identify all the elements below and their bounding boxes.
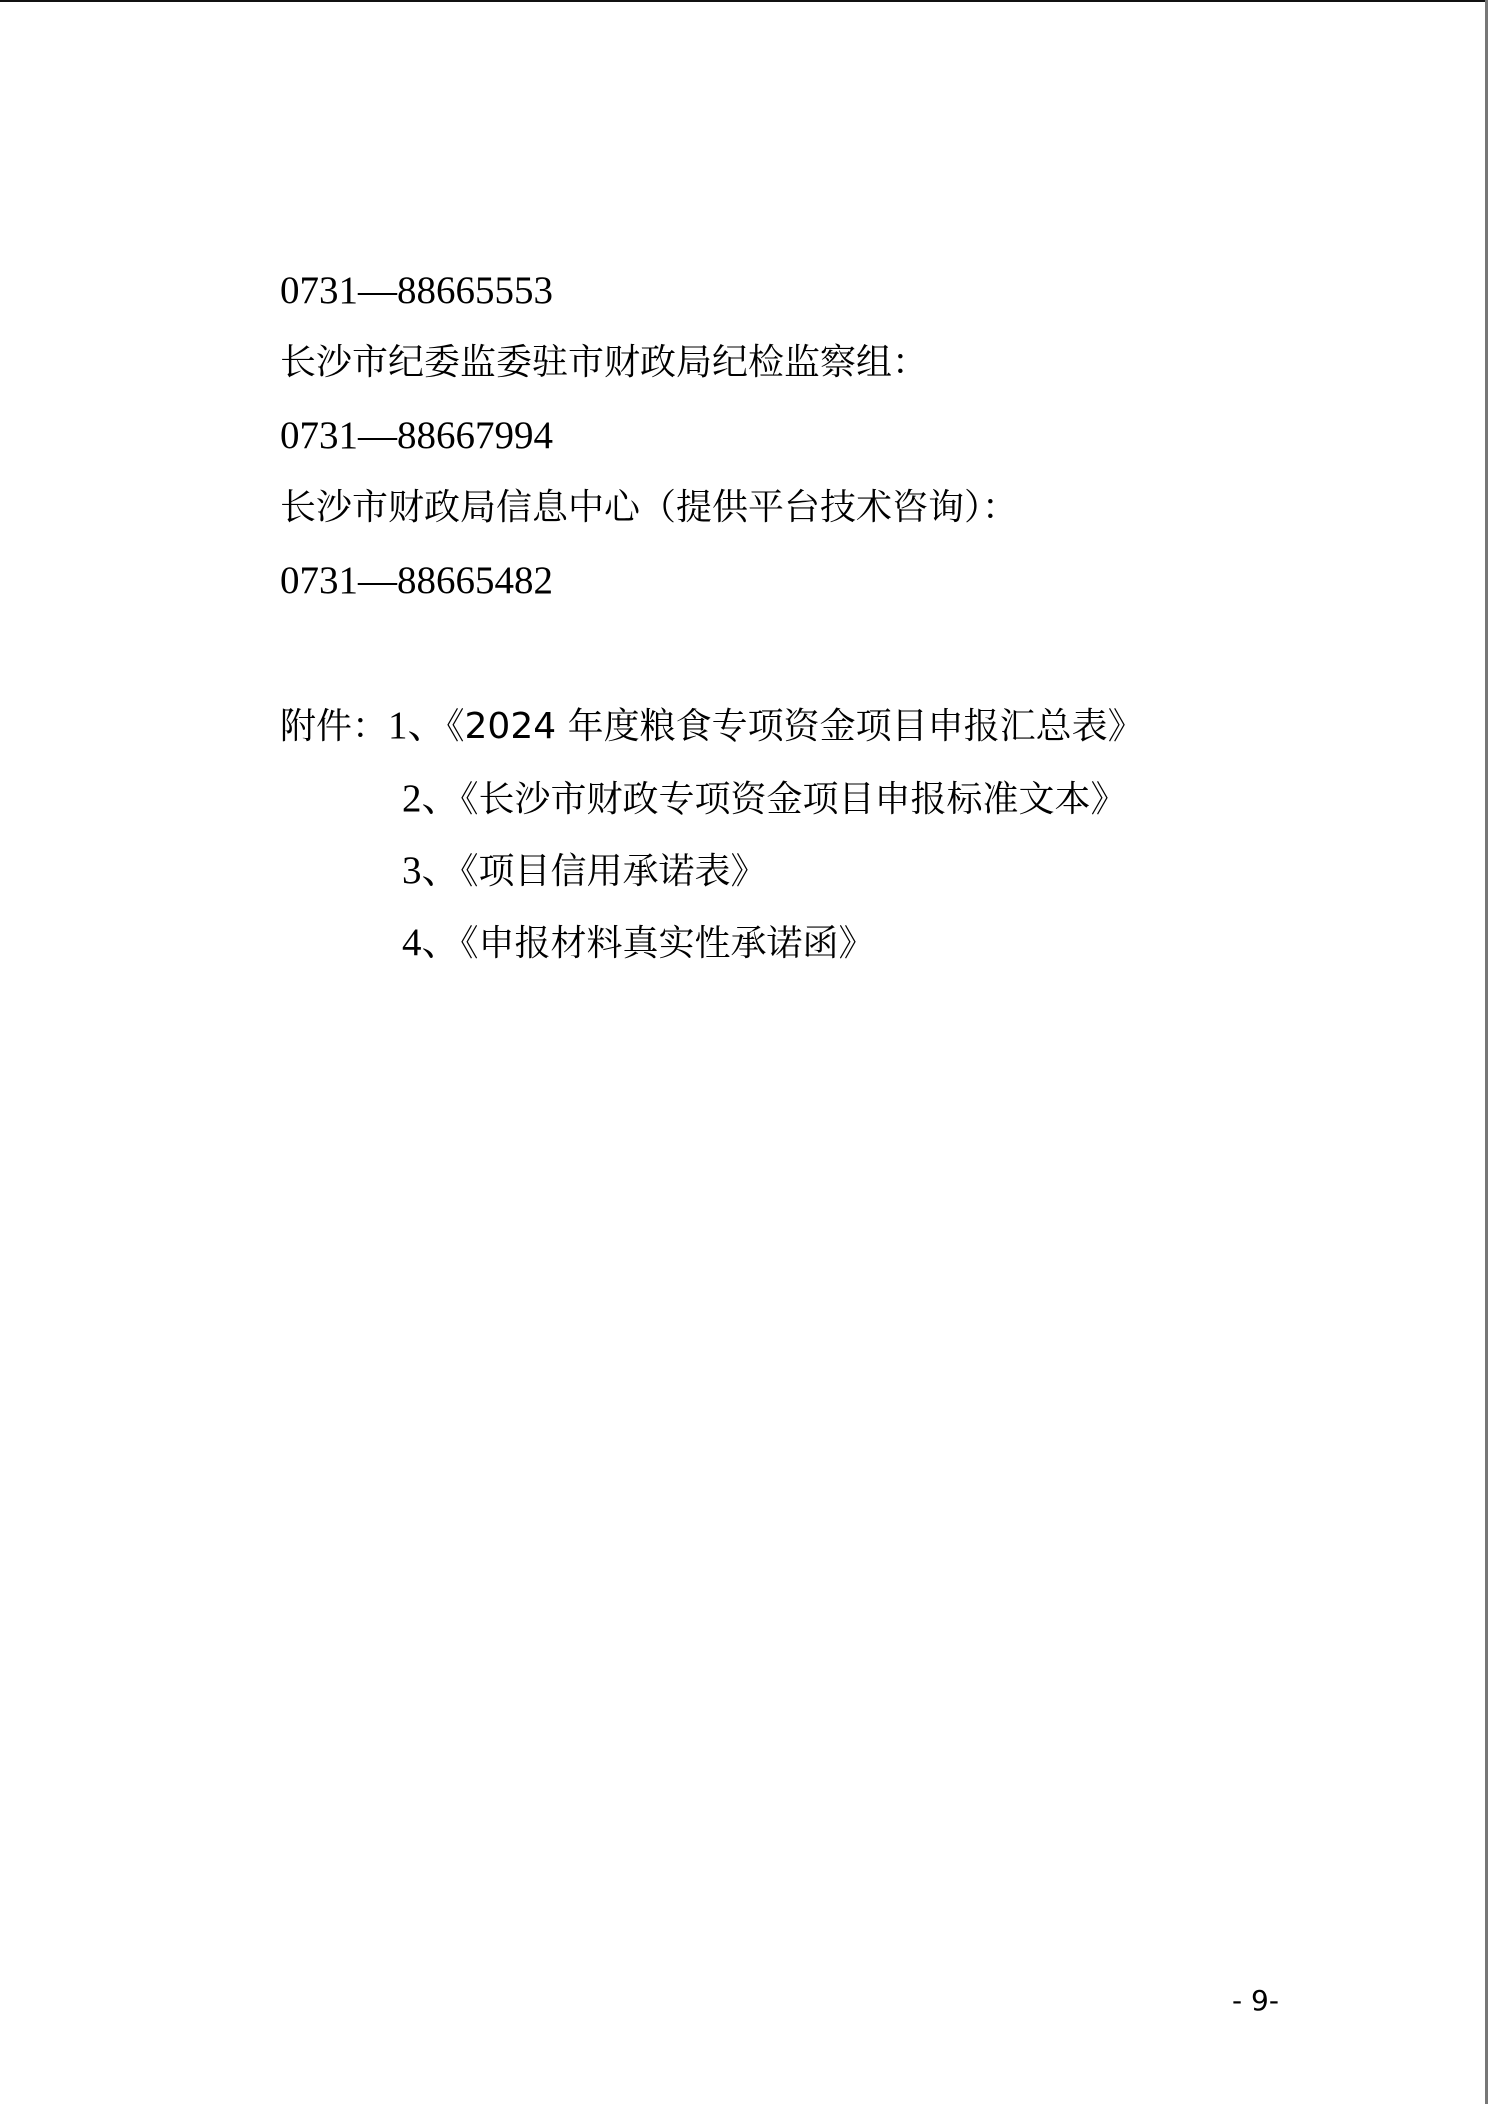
page-top-border — [0, 0, 1488, 2]
contact-label-info-center: 长沙市财政局信息中心（提供平台技术咨询）： — [280, 485, 1018, 531]
contact-label-discipline: 长沙市纪委监委驻市财政局纪检监察组： — [280, 340, 928, 386]
attachment-item-3: 3、《项目信用承诺表》 — [402, 848, 767, 895]
attachment-title: 《项目信用承诺表》 — [461, 851, 767, 892]
page-number: - 9- — [1232, 1984, 1279, 2017]
contact-phone-3: 0731—88665482 — [280, 558, 553, 604]
attachments-heading: 附件： — [280, 706, 388, 747]
attachment-item-4: 4、《申报材料真实性承诺函》 — [402, 920, 875, 967]
attachment-item-2: 2、《长沙市财政专项资金项目申报标准文本》 — [402, 776, 1127, 823]
attachment-title: 《长沙市财政专项资金项目申报标准文本》 — [461, 779, 1127, 820]
contact-phone-2: 0731—88667994 — [280, 413, 553, 459]
attachment-title: 《申报材料真实性承诺函》 — [461, 923, 875, 964]
contact-phone-1: 0731—88665553 — [280, 268, 553, 314]
attachment-item-1: 附件：1、《2024 年度粮食专项资金项目申报汇总表》 — [280, 703, 1144, 750]
attachment-title: 《2024 年度粮食专项资金项目申报汇总表》 — [447, 706, 1144, 747]
